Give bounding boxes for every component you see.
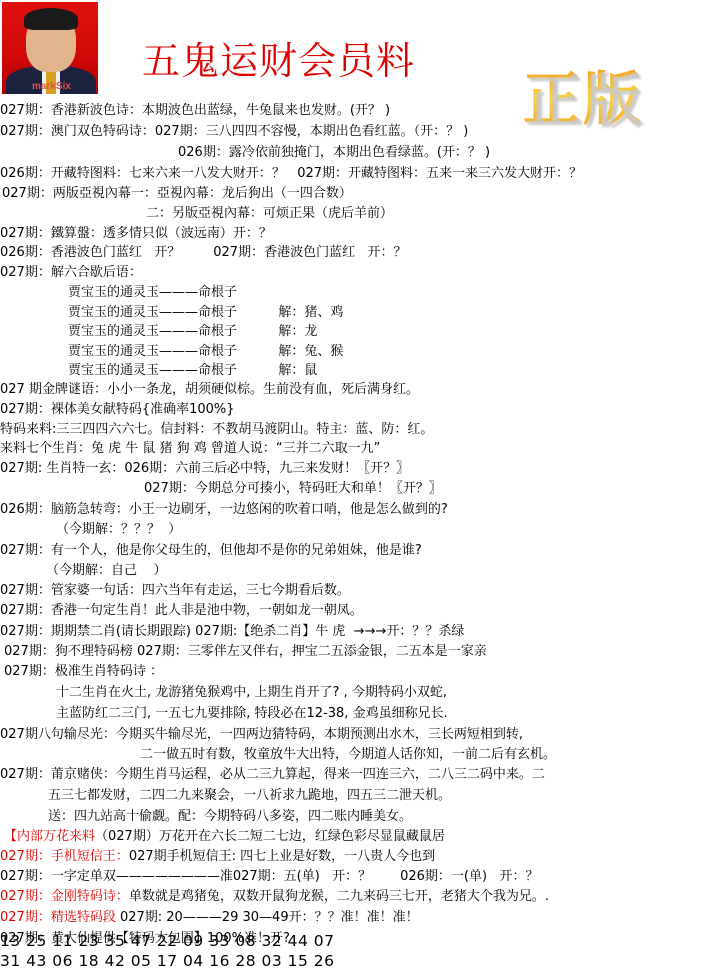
text-line: 027期：管家婆一句话：四六当年有走运，三七今期看后数。: [0, 582, 350, 600]
text-line: 027期: 生肖特一玄：026期：六前三后必中特，九三来发财！〖开？〗: [0, 460, 409, 478]
line-text: 027期: 20———29 30—49开：？？准！准！准！: [116, 910, 419, 925]
text-line: 027期：狗不理特码榜 027期：三零伴左又伴右，押宝二五添金银，二五本是一家亲: [4, 643, 487, 661]
text-line: （今期解：自己 ）: [46, 562, 167, 580]
text-line: 二：另版亞視內幕：可烦正果（虎后羊前）: [146, 205, 393, 223]
text-line: 贾宝玉的通灵玉———命根子 解：猪、鸡: [68, 304, 343, 322]
text-line: 贾宝玉的通灵玉———命根子 解：鼠: [68, 362, 317, 380]
text-line: 027期：两版亞視內幕一：亞視內幕：龙后狗出（一四合数）: [2, 185, 352, 203]
text-line: 主蓝防红二三门, 一五七九要排除, 特段必在12-38, 金鸡虽细称兄长.: [56, 705, 448, 723]
text-line: 027期：鐵算盤：透多情只似（波远南）开：？: [0, 225, 272, 243]
numbers-row-2: 31 43 06 18 42 05 17 04 16 28 03 15 26: [0, 952, 335, 970]
line-text: 027期手机短信王: 四七上业是好数，一八贵人今也到: [129, 849, 435, 864]
text-line: 027期：裸体美女献特码{准确率100%}: [0, 401, 235, 419]
text-line: 贾宝玉的通灵玉———命根子 解：龙: [68, 323, 317, 341]
text-line: 027期：有一个人，他是你父母生的，但他却不是你的兄弟姐妹，他是谁?: [0, 542, 422, 560]
avatar-photo: markSix: [2, 2, 98, 94]
text-line: 027期八句输尽光：今期买牛输尽光，一四两边猜特码，本期预测出水木，三长两短相到…: [0, 726, 523, 744]
text-line: 贾宝玉的通灵玉———命根子 解：兔、猴: [68, 343, 343, 361]
page-title: 五鬼运财会员料: [142, 30, 415, 85]
logo-brand: markSix: [32, 81, 71, 92]
text-line: 026期：香港波色门蓝红 开？ 027期：香港波色门蓝红 开：？: [0, 244, 406, 262]
text-line: 十二生肖在火土, 龙游猪兔猴鸡中, 上期生肖开了? , 今期特码小双蛇,: [56, 684, 447, 702]
text-line: 026期：开藏特图料：七来六来一八发大财开：？ 027期：开藏特图料：五来一来三…: [0, 165, 582, 183]
text-line: 027期：莆京赌侠：今期生肖马运程，必从二三九算起，得来一四连三六，二八三二码中…: [0, 766, 545, 784]
text-line: 027 期金牌谜语：小小一条龙，胡须硬似棕。生前没有血，死后满身红。: [0, 381, 419, 399]
text-line: 送：四九站高十偷觑。配：今期特码八多姿，四二账内睡美女。: [48, 808, 412, 826]
red-label: 【内部万花来料: [4, 829, 95, 844]
red-label: 027期：金刚特码诗：: [0, 889, 129, 904]
text-line: 贾宝玉的通灵玉———命根子: [68, 284, 237, 302]
highlighted-line: 027期：一字定单双————————准027期：五(单) 开：？ 026期：一(…: [0, 868, 538, 886]
text-line: 来料七个生肖：兔 虎 牛 鼠 猪 狗 鸡 曾道人说：“三并二六取一九”: [0, 440, 380, 458]
authentic-stamp: 正版: [523, 52, 643, 136]
highlighted-line: 027期：金刚特码诗：单数就是鸡猪兔，双数开鼠狗龙猴，二九来码三七开，老猪大个我…: [0, 888, 549, 906]
text-line: 二一做五时有数，牧童放牛大出特，今期道人话你知，一前二后有玄机。: [140, 746, 556, 764]
text-line: 027期：极准生肖特码诗 ：: [4, 663, 163, 681]
text-line: 027期：香港一句定生肖！此人非是池中物，一朝如龙一朝凤。: [0, 602, 363, 620]
line-text: （027期）万花开在六长二短二七边，红绿色彩尽显鼠藏鼠居: [95, 829, 445, 844]
red-label: 027期：手机短信王：: [0, 849, 129, 864]
text-line: 026期：脑筋急转弯：小王一边刷牙，一边悠闲的吹着口哨，他是怎么做到的?: [0, 501, 448, 519]
text-line: 特码来料:三三四四六六七。信封料：不教胡马渡阴山。特主：蓝、防：红。: [0, 421, 433, 439]
red-label: 027期：精选特码段: [0, 910, 116, 925]
text-line: 027期：今期总分可揍小，特码旺大和单！〖开？〗: [144, 480, 442, 498]
text-line: 027期：香港新波色诗：本期波色出蓝绿，牛兔鼠来也发财。(开？ ): [0, 102, 390, 120]
text-line: 五三七都发财，二四二九来聚会，一八祈求九跪地，四五三二泄天机。: [48, 787, 451, 805]
avatar-hair: [24, 8, 78, 30]
text-line: 027期：解六合歇后语：: [0, 264, 142, 282]
numbers-row-1: 13 25 11 23 35 47 22 09 33 08 32 44 07: [0, 932, 335, 950]
highlighted-line: 027期：精选特码段 027期: 20———29 30—49开：？？准！准！准！: [0, 909, 419, 927]
line-text: 单数就是鸡猪兔，双数开鼠狗龙猴，二九来码三七开，老猪大个我为兄。.: [129, 889, 549, 904]
text-line: （今期解：？？？ ）: [56, 521, 181, 539]
text-line: 026期：露冷依前独掩门，本期出色看绿蓝。(开：？ ): [178, 144, 490, 162]
line-text: 027期：一字定单双————————准027期：五(单) 开：？ 026期：一(…: [0, 869, 538, 884]
highlighted-line: 027期：手机短信王：027期手机短信王: 四七上业是好数，一八贵人今也到: [0, 848, 435, 866]
text-line: 027期：澳门双色特码诗：027期：三八四四不容慢，本期出色看红蓝。（开：？ ): [0, 123, 468, 141]
highlighted-line: 【内部万花来料（027期）万花开在六长二短二七边，红绿色彩尽显鼠藏鼠居: [4, 828, 445, 846]
text-line: 027期：期期禁二肖(请长期跟踪) 027期:【绝杀二肖】牛 虎 →→→开：？？…: [0, 623, 464, 641]
